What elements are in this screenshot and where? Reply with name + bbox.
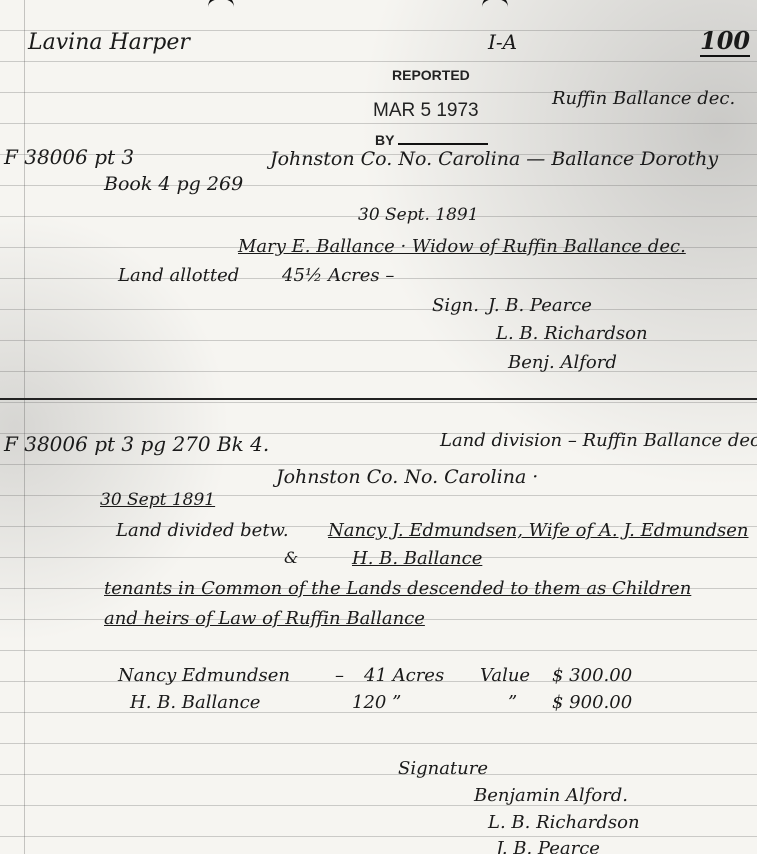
allotment-sep: – <box>335 665 344 686</box>
entry2-date: 30 Sept 1891 <box>100 490 215 510</box>
entry2-ampersand: & <box>284 548 298 567</box>
header-name: Lavina Harper <box>28 30 190 55</box>
allotment-value: $ 900.00 <box>552 692 632 713</box>
entry2-ref: F 38006 pt 3 pg 270 Bk 4. <box>4 432 269 456</box>
section-divider <box>0 398 757 400</box>
entry1-signer: Benj. Alford <box>508 352 617 373</box>
allotment-value-label: Value <box>480 665 530 686</box>
entry1-date: 30 Sept. 1891 <box>358 205 479 225</box>
entry2-signer: L. B. Richardson <box>488 812 640 833</box>
entry2-party-1: Nancy J. Edmundsen, Wife of A. J. Edmund… <box>328 520 749 541</box>
stamp-signature-line <box>398 143 488 145</box>
entry2-location: Johnston Co. No. Carolina · <box>276 466 538 488</box>
section-label: I-A <box>488 30 517 54</box>
document-page: Lavina Harper I-A 100 Ruffin Ballance de… <box>0 0 757 854</box>
entry2-line3: tenants in Common of the Lands descended… <box>104 578 691 599</box>
entry1-book: Book 4 pg 269 <box>104 173 243 195</box>
entry1-widow-line: Mary E. Ballance · Widow of Ruffin Balla… <box>238 236 686 257</box>
entry1-ref: F 38006 pt 3 <box>4 145 134 169</box>
allotment-acres: 120 ” <box>352 692 401 713</box>
stamp-by: BY <box>375 132 394 148</box>
entry1-signer: L. B. Richardson <box>496 323 648 344</box>
entry2-signer: J. B. Pearce <box>496 838 600 854</box>
entry2-line4: and heirs of Law of Ruffin Ballance <box>104 608 425 629</box>
stamp-reported: REPORTED <box>392 67 470 83</box>
allotment-value-label: ” <box>508 692 517 713</box>
page-number: 100 <box>700 26 750 57</box>
allotment-value: $ 300.00 <box>552 665 632 686</box>
stamp-date: MAR 5 1973 <box>373 100 479 122</box>
entry1-location: Johnston Co. No. Carolina — Ballance Dor… <box>270 148 718 170</box>
entry2-signer: Benjamin Alford. <box>474 785 628 806</box>
margin-line <box>24 0 25 854</box>
allotment-name: Nancy Edmundsen <box>118 665 290 686</box>
punch-hole-left <box>208 0 234 20</box>
entry2-line1-prefix: Land divided betw. <box>116 520 289 541</box>
entry2-title: Land division – Ruffin Ballance dec. <box>440 430 757 451</box>
punch-hole-right <box>482 0 508 20</box>
entry1-sign-label: Sign. <box>432 295 479 316</box>
entry1-signer: J. B. Pearce <box>488 295 592 316</box>
allotment-name: H. B. Ballance <box>130 692 260 713</box>
entry1-land-label: Land allotted <box>118 265 239 286</box>
entry1-land-value: 45½ Acres – <box>282 265 394 286</box>
allotment-acres: 41 Acres <box>364 665 444 686</box>
subject-name: Ruffin Ballance dec. <box>552 88 735 109</box>
entry2-party-2: H. B. Ballance <box>352 548 482 569</box>
signature-label: Signature <box>398 758 488 779</box>
